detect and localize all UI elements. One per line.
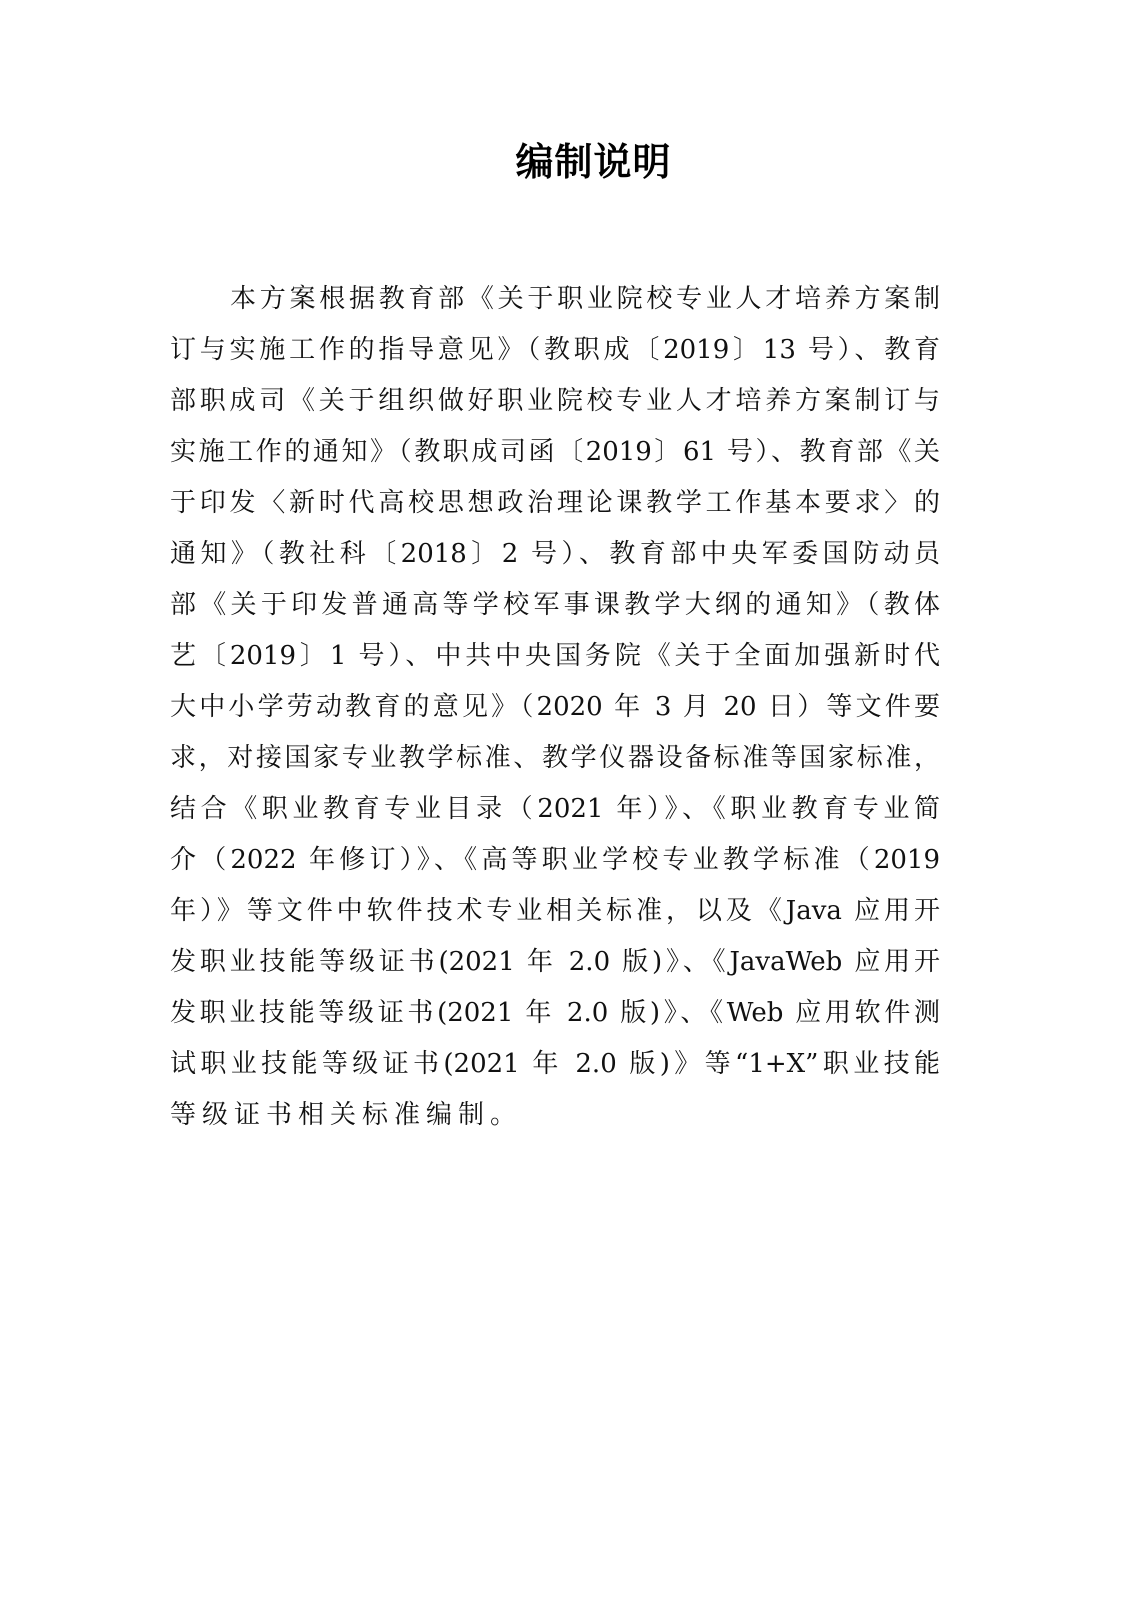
paragraph-line: 于印发〈新时代高校思想政治理论课教学工作基本要求〉的 <box>170 478 940 529</box>
paragraph-line: 发职业技能等级证书(2021 年 2.0 版)》、《JavaWeb 应用开 <box>170 937 940 988</box>
paragraph-line: 发职业技能等级证书(2021 年 2.0 版)》、《Web 应用软件测 <box>170 988 940 1039</box>
paragraph-line: 年）》等文件中软件技术专业相关标准，以及《Java 应用开 <box>170 886 940 937</box>
paragraph-line: 通知》（教社科〔2018〕2 号）、教育部中央军委国防动员 <box>170 529 940 580</box>
document-page: 编制说明 本方案根据教育部《关于职业院校专业人才培养方案制 订与实施工作的指导意… <box>0 0 1131 1600</box>
paragraph-line: 订与实施工作的指导意见》（教职成〔2019〕13 号）、教育 <box>170 325 940 376</box>
paragraph-line: 介（2022 年修订）》、《高等职业学校专业教学标准（2019 <box>170 835 940 886</box>
paragraph-line: 等级证书相关标准编制。 <box>170 1090 940 1141</box>
document-title: 编制说明 <box>0 138 1131 186</box>
paragraph-line: 实施工作的通知》（教职成司函〔2019〕61 号）、教育部《关 <box>170 427 940 478</box>
paragraph-line: 大中小学劳动教育的意见》（2020 年 3 月 20 日）等文件要 <box>170 682 940 733</box>
paragraph-line: 试职业技能等级证书(2021 年 2.0 版)》等“1+X”职业技能 <box>170 1039 940 1090</box>
paragraph-line: 本方案根据教育部《关于职业院校专业人才培养方案制 <box>170 274 940 325</box>
paragraph-line: 艺〔2019〕1 号）、中共中央国务院《关于全面加强新时代 <box>170 631 940 682</box>
paragraph-line: 结合《职业教育专业目录（2021 年）》、《职业教育专业简 <box>170 784 940 835</box>
paragraph-line: 求，对接国家专业教学标准、教学仪器设备标准等国家标准， <box>170 733 940 784</box>
paragraph-line: 部职成司《关于组织做好职业院校专业人才培养方案制订与 <box>170 376 940 427</box>
body-paragraph: 本方案根据教育部《关于职业院校专业人才培养方案制 订与实施工作的指导意见》（教职… <box>170 274 940 1141</box>
paragraph-line: 部《关于印发普通高等学校军事课教学大纲的通知》（教体 <box>170 580 940 631</box>
